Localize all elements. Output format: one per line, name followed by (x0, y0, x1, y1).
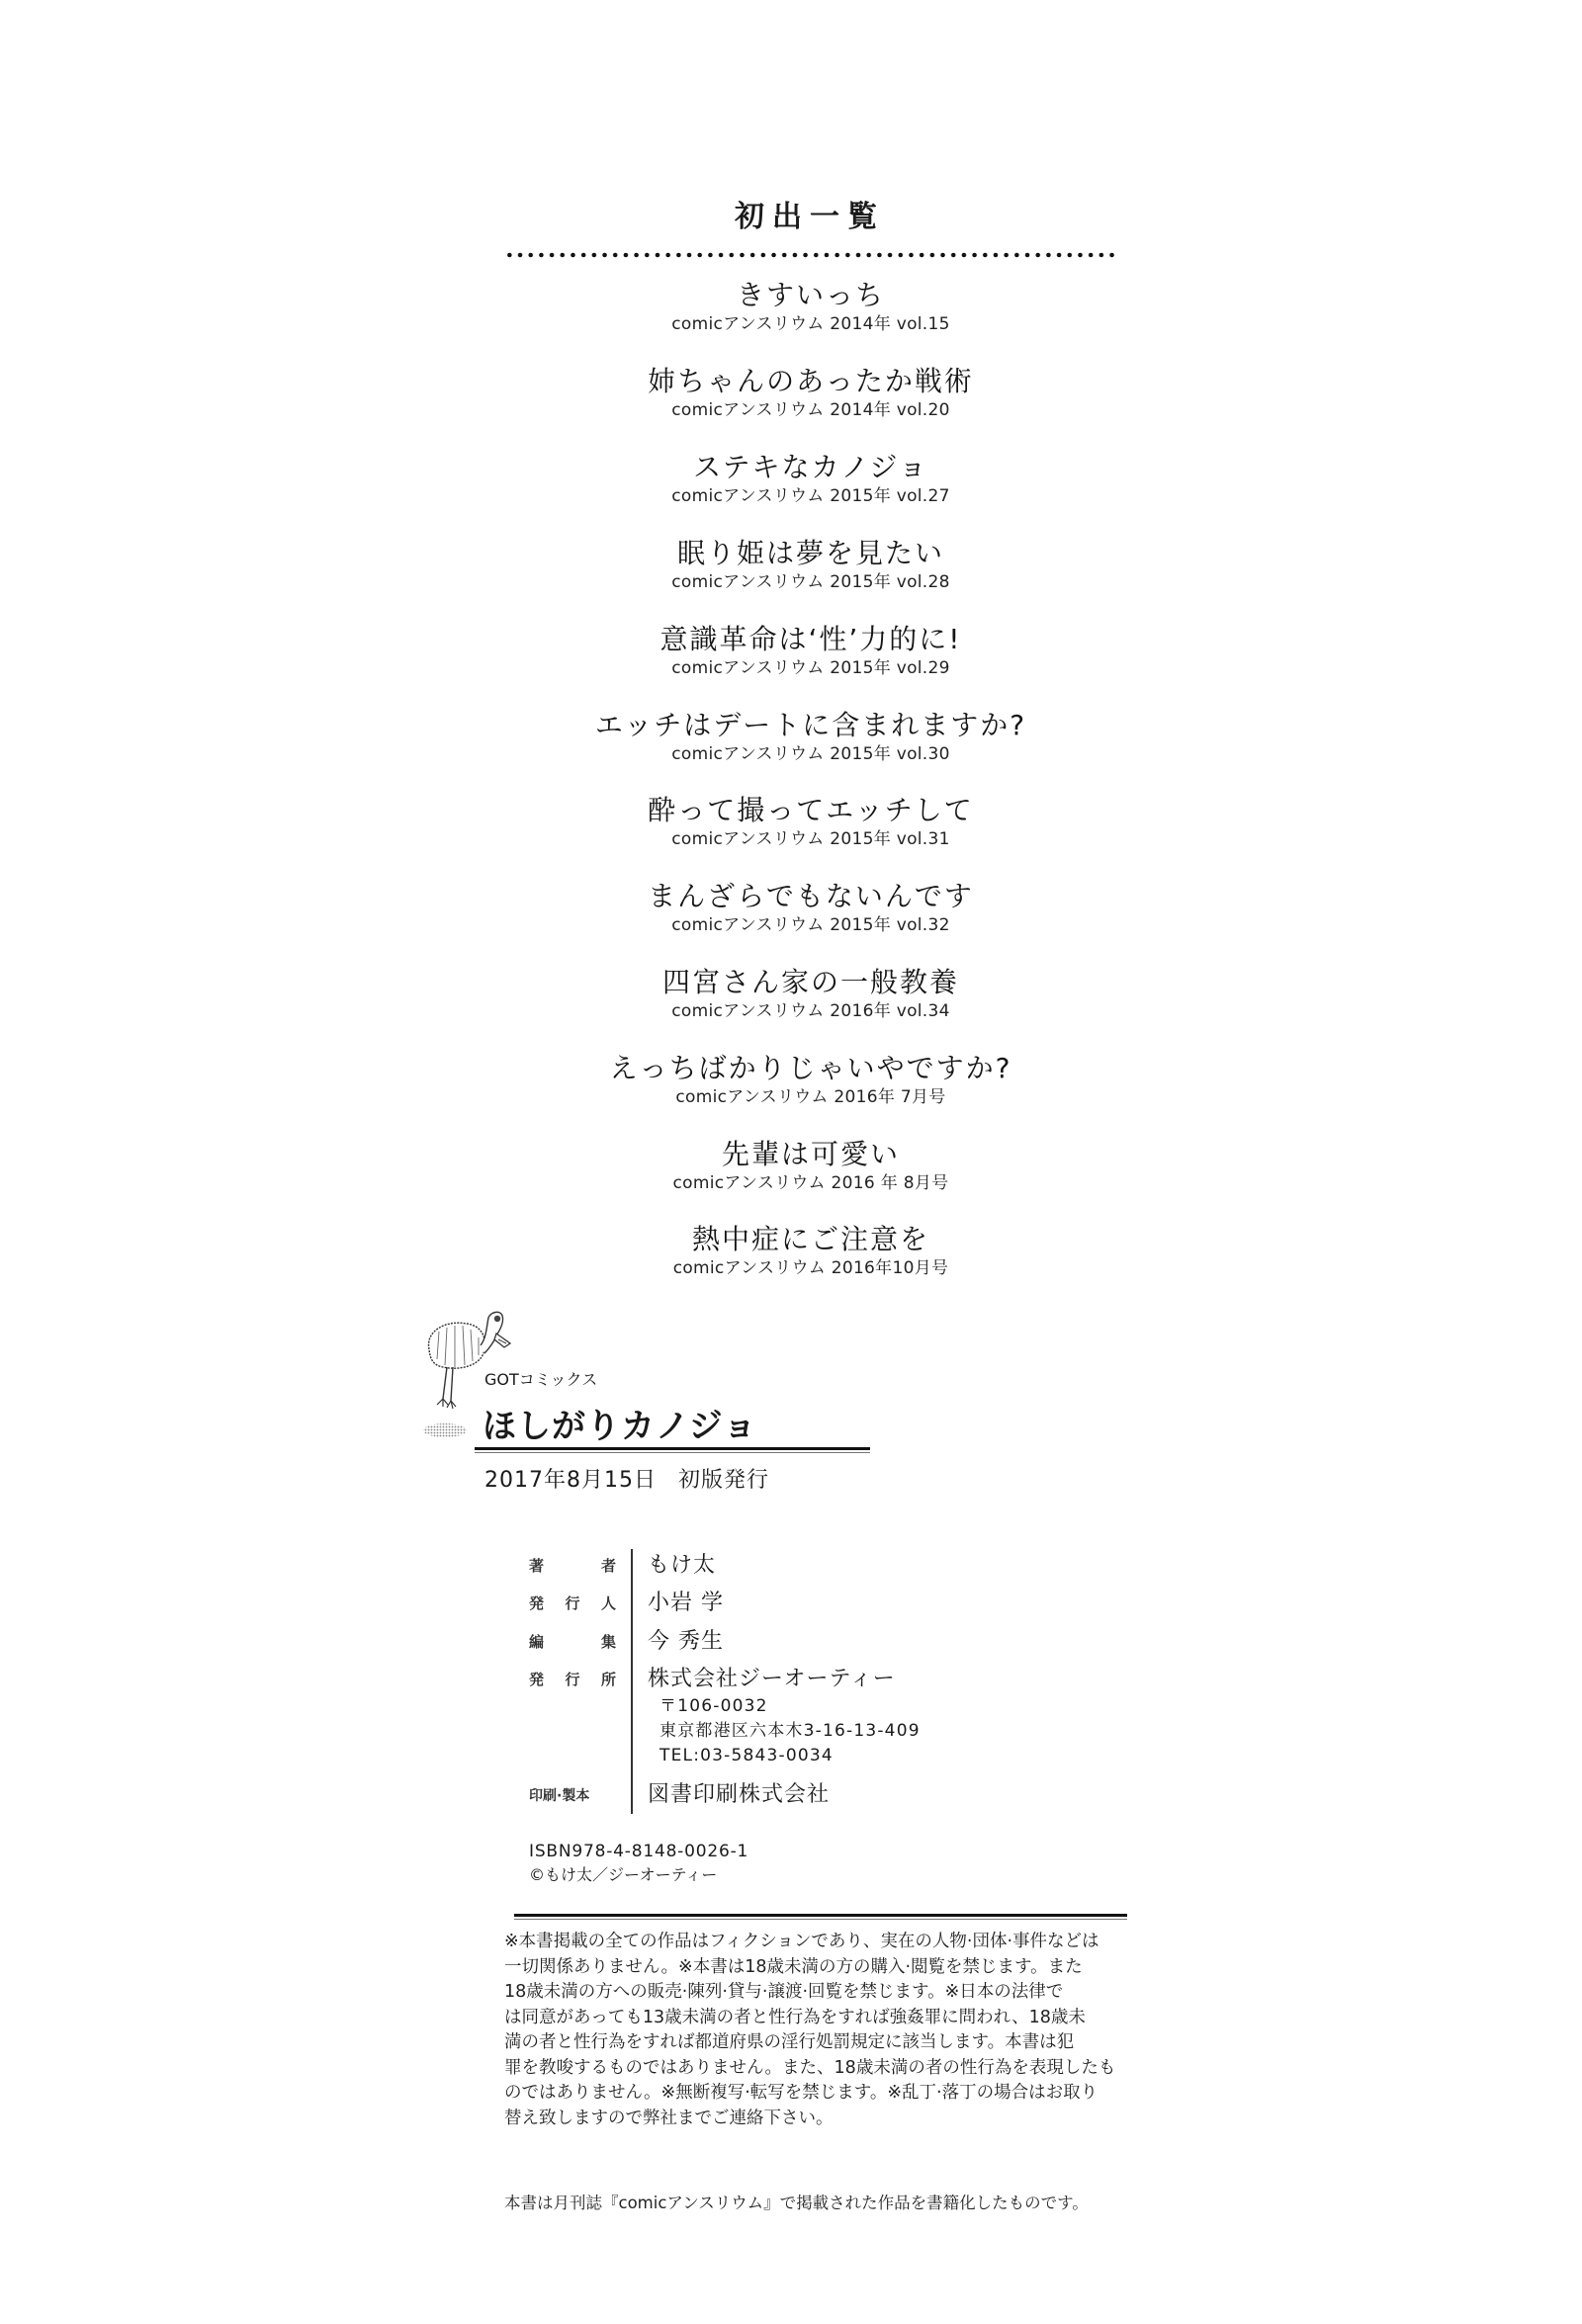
work-source: comicアンスリウム 2016年 7月号 (534, 1086, 1088, 1108)
work-title: 酔って撮ってエッチして (534, 794, 1088, 827)
list-item: エッチはデートに含まれますか? comicアンスリウム 2015年 vol.30 (534, 709, 1088, 765)
list-item: 先輩は可愛い comicアンスリウム 2016 年 8月号 (534, 1138, 1088, 1194)
credit-value: もけ太 (648, 1552, 716, 1580)
credit-label: 著者 (529, 1556, 616, 1576)
disclaimer-rule (514, 1914, 1127, 1917)
work-source: comicアンスリウム 2016年10月号 (534, 1257, 1088, 1279)
title-rule-thin (475, 1452, 870, 1453)
credit-label: 印刷·製本 (529, 1786, 616, 1806)
work-source: comicアンスリウム 2015年 vol.28 (534, 571, 1088, 593)
work-source: comicアンスリウム 2014年 vol.15 (534, 313, 1088, 335)
disclaimer-line: 替え致しますので弊社までご連絡下さい。 (504, 2107, 1127, 2132)
work-title: エッチはデートに含まれますか? (534, 709, 1088, 742)
work-source: comicアンスリウム 2015年 vol.29 (534, 657, 1088, 679)
list-item: 熱中症にご注意を comicアンスリウム 2016年10月号 (534, 1223, 1088, 1279)
dotted-divider (504, 252, 1117, 258)
telephone: TEL:03-5843-0034 (659, 1745, 834, 1766)
publication-note: 本書は月刊誌『comicアンスリウム』で掲載された作品を書籍化したものです。 (504, 2193, 1089, 2214)
title-rule (475, 1447, 870, 1450)
work-title: 眠り姫は夢を見たい (534, 537, 1088, 570)
work-title: 熱中症にご注意を (534, 1223, 1088, 1256)
credit-label: 発行所 (529, 1670, 616, 1689)
work-title: きすいっち (534, 279, 1088, 312)
disclaimer-line: のではありません。※無断複写·転写を禁じます。※乱丁·落丁の場合はお取り (504, 2081, 1127, 2107)
credit-value: 図書印刷株式会社 (648, 1781, 830, 1809)
list-item: えっちばかりじゃいやですか? comicアンスリウム 2016年 7月号 (534, 1052, 1088, 1108)
work-title: ステキなカノジョ (534, 451, 1088, 484)
list-item: ステキなカノジョ comicアンスリウム 2015年 vol.27 (534, 451, 1088, 507)
work-title: 姉ちゃんのあったか戦術 (534, 365, 1088, 398)
copyright: ©もけ太／ジーオーティー (529, 1864, 717, 1886)
list-item: まんざらでもないんです comicアンスリウム 2015年 vol.32 (534, 880, 1088, 936)
work-source: comicアンスリウム 2016 年 8月号 (534, 1172, 1088, 1194)
work-title: 先輩は可愛い (534, 1138, 1088, 1171)
credit-label: 編集 (529, 1632, 616, 1652)
credit-value: 今 秀生 (648, 1628, 724, 1656)
work-source: comicアンスリウム 2014年 vol.20 (534, 399, 1088, 421)
disclaimer-line: 罪を教唆するものではありません。また、18歳未満の者の性行為を表現したも (504, 2056, 1127, 2082)
edition-label: 初版発行 (678, 1468, 769, 1493)
postal-code: 〒106-0032 (659, 1695, 768, 1717)
disclaimer-rule-thin (514, 1919, 1127, 1920)
street-address: 東京都港区六本木3-16-13-409 (659, 1720, 921, 1742)
work-title: まんざらでもないんです (534, 880, 1088, 913)
work-source: comicアンスリウム 2016年 vol.34 (534, 1000, 1088, 1022)
credit-value: 小岩 学 (648, 1590, 724, 1617)
list-item: 意識革命は‘性’力的に! comicアンスリウム 2015年 vol.29 (534, 623, 1088, 679)
list-item: 眠り姫は夢を見たい comicアンスリウム 2015年 vol.28 (534, 537, 1088, 593)
disclaimer-line: 18歳未満の方への販売·陳列·貸与·譲渡·回覧を禁じます。※日本の法律で (504, 1980, 1127, 2006)
credits-divider (631, 1549, 633, 1814)
list-item: 酔って撮ってエッチして comicアンスリウム 2015年 vol.31 (534, 794, 1088, 850)
credit-value: 株式会社ジーオーティー (648, 1666, 896, 1693)
disclaimer-line: 満の者と性行為をすれば都道府県の淫行処罰規定に該当します。本書は犯 (504, 2030, 1127, 2056)
list-item: 四宮さん家の一般教養 comicアンスリウム 2016年 vol.34 (534, 966, 1088, 1022)
credit-label: 発行人 (529, 1593, 616, 1613)
work-source: comicアンスリウム 2015年 vol.27 (534, 485, 1088, 507)
work-title: えっちばかりじゃいやですか? (534, 1052, 1088, 1085)
publication-date: 2017年8月15日 (484, 1468, 657, 1493)
first-appearance-heading: 初出一覧 (0, 198, 1582, 237)
work-source: comicアンスリウム 2015年 vol.30 (534, 743, 1088, 765)
list-item: きすいっち comicアンスリウム 2014年 vol.15 (534, 279, 1088, 335)
disclaimer-line: 一切関係ありません。※本書は18歳未満の方の購入·閲覧を禁じます。また (504, 1955, 1127, 1981)
disclaimer-line: ※本書掲載の全ての作品はフィクションであり、実在の人物·団体·事件などは (504, 1930, 1127, 1955)
disclaimer-line: は同意があっても13歳未満の者と性行為をすれば強姦罪に問われ、18歳未 (504, 2006, 1127, 2031)
list-item: 姉ちゃんのあったか戦術 comicアンスリウム 2014年 vol.20 (534, 365, 1088, 421)
work-title: 意識革命は‘性’力的に! (534, 623, 1088, 656)
disclaimer-text: ※本書掲載の全ての作品はフィクションであり、実在の人物·団体·事件などは 一切関… (504, 1930, 1127, 2131)
publication-line: 2017年8月15日初版発行 (484, 1467, 769, 1495)
work-source: comicアンスリウム 2015年 vol.31 (534, 828, 1088, 850)
work-source: comicアンスリウム 2015年 vol.32 (534, 914, 1088, 936)
isbn: ISBN978-4-8148-0026-1 (529, 1841, 748, 1862)
series-name: GOTコミックス (484, 1370, 597, 1390)
book-title: ほしがりカノジョ (483, 1406, 757, 1447)
work-title: 四宮さん家の一般教養 (534, 966, 1088, 999)
